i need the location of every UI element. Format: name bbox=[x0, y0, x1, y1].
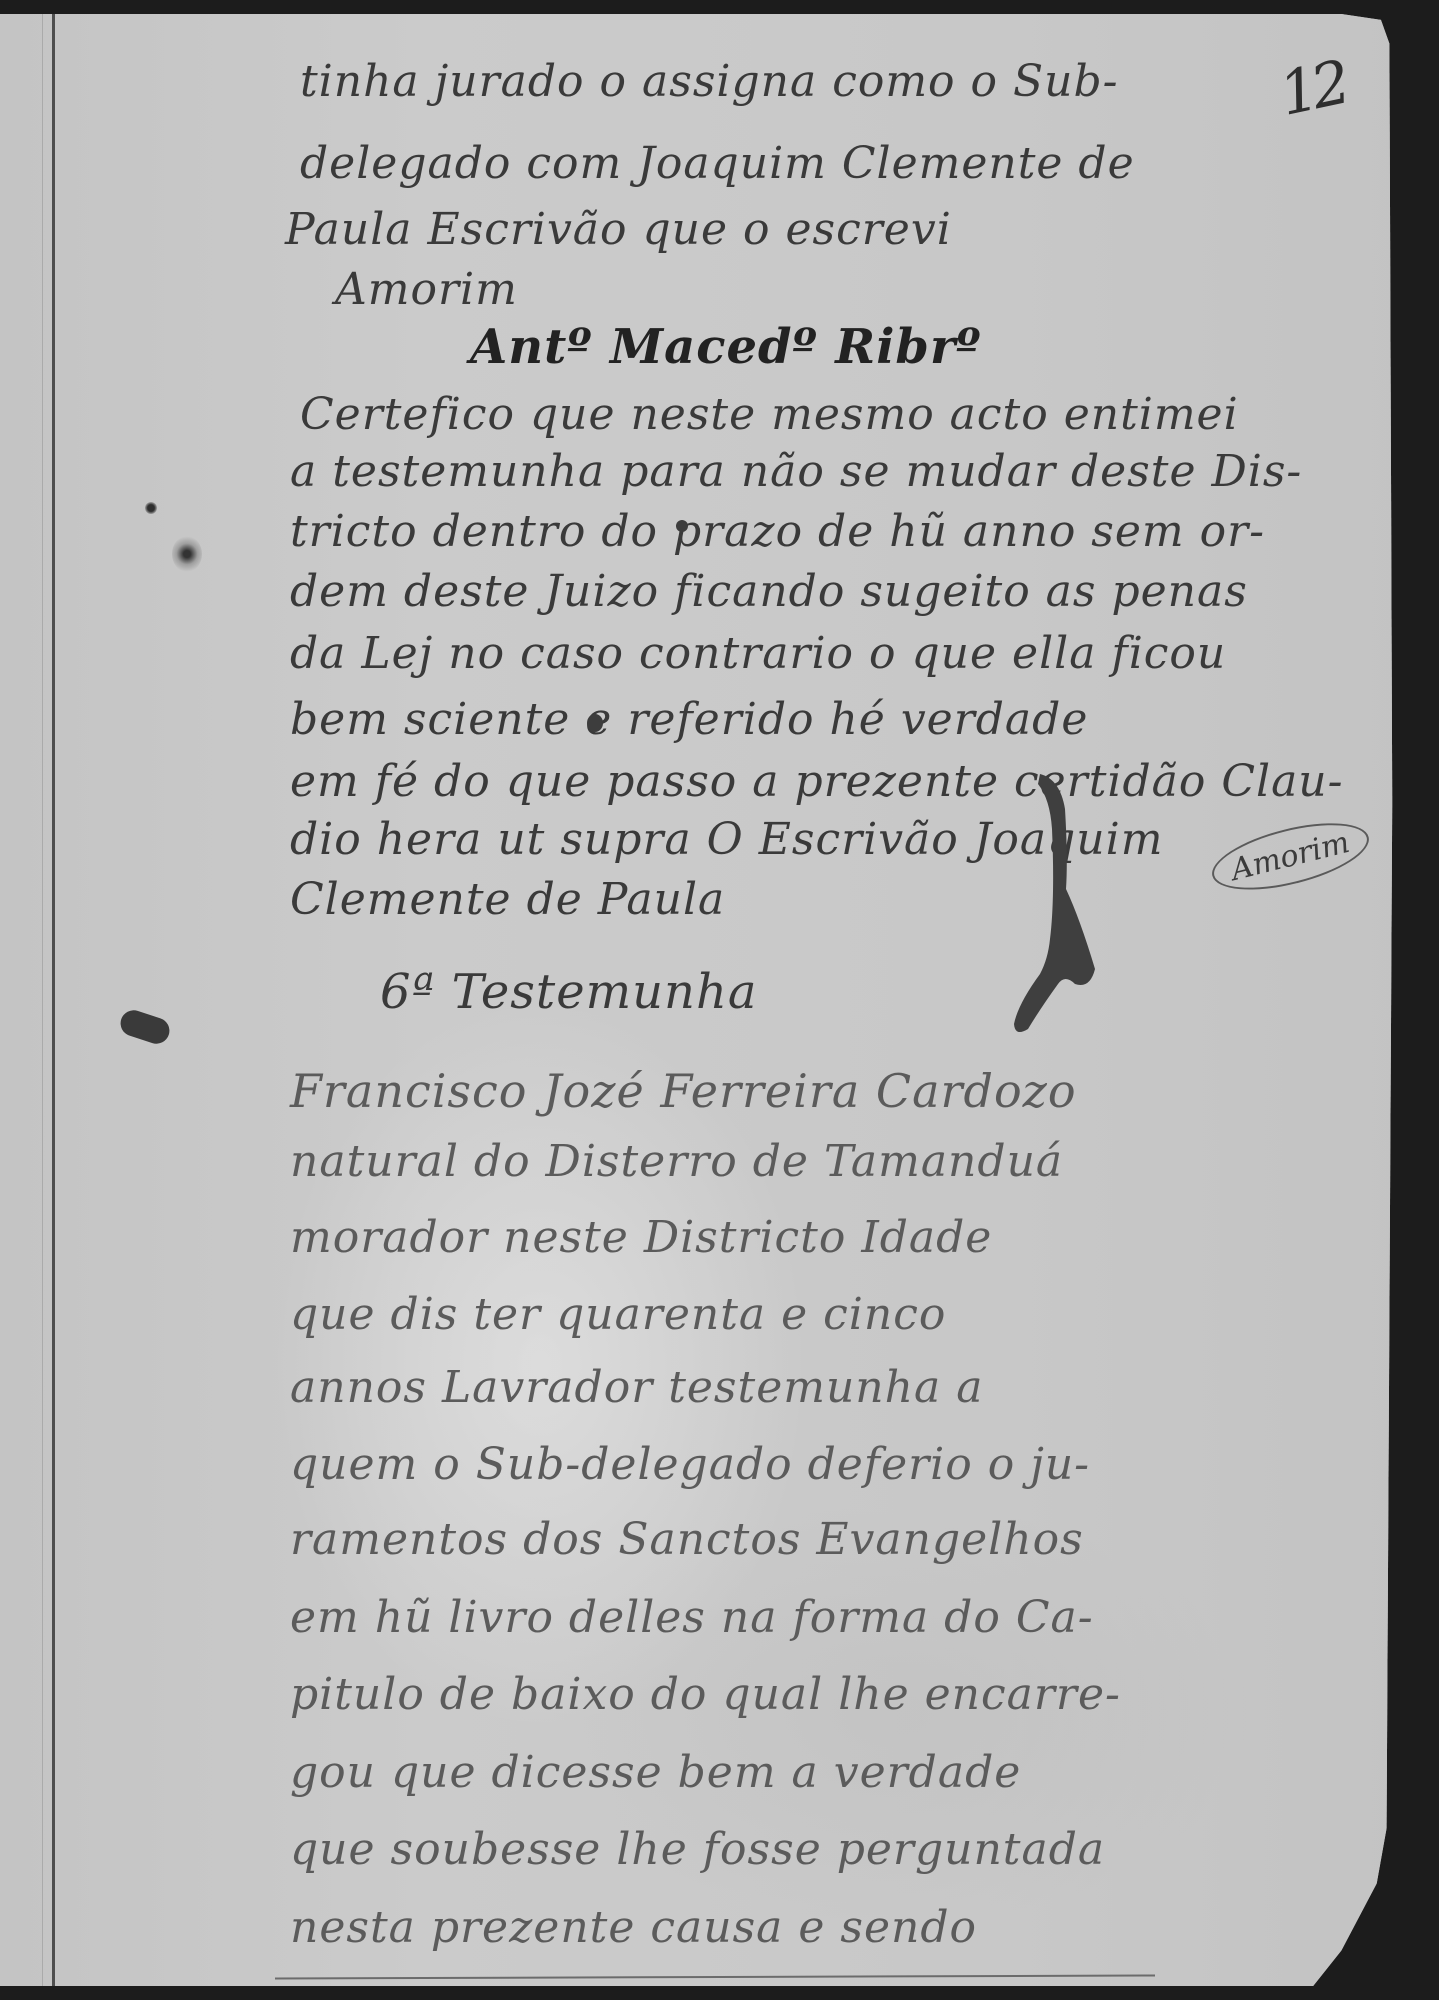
text-line: tricto dentro do prazo de hũ anno sem or… bbox=[290, 506, 1265, 557]
ink-spot bbox=[676, 520, 688, 532]
ink-drip-stain bbox=[1010, 769, 1100, 1039]
margin-annotation: Amorim bbox=[1206, 810, 1375, 902]
text-line: Paula Escrivão que o escrevi bbox=[285, 204, 952, 255]
ink-spot bbox=[172, 536, 202, 572]
signature-witness: Antº Macedº Ribrº bbox=[470, 319, 981, 375]
ink-spot bbox=[587, 714, 603, 732]
binding-fold-line bbox=[52, 14, 55, 1986]
text-line: nesta prezente causa e sendo bbox=[290, 1902, 977, 1953]
page-fold-shadow bbox=[42, 14, 43, 1986]
text-line: que dis ter quarenta e cinco bbox=[290, 1289, 946, 1340]
text-line: natural do Disterro de Tamanduá bbox=[290, 1136, 1063, 1187]
manuscript-page: 12 tinha jurado o assigna como o Sub- de… bbox=[0, 14, 1412, 1986]
text-line: a testemunha para não se mudar deste Dis… bbox=[290, 446, 1302, 497]
text-line: que soubesse lhe fosse perguntada bbox=[290, 1824, 1105, 1875]
witness-name: Francisco Jozé Ferreira Cardozo bbox=[290, 1064, 1077, 1118]
text-line: Clemente de Paula bbox=[290, 874, 725, 925]
text-line: ramentos dos Sanctos Evangelhos bbox=[290, 1514, 1084, 1565]
closing-rule bbox=[275, 1974, 1155, 1979]
text-line: quem o Sub-delegado deferio o ju- bbox=[290, 1439, 1090, 1490]
text-line: bem sciente e referido hé verdade bbox=[290, 694, 1088, 745]
ink-spot bbox=[145, 502, 157, 514]
ink-blot bbox=[117, 1007, 173, 1047]
text-line: tinha jurado o assigna como o Sub- bbox=[300, 56, 1119, 107]
text-line: gou que dicesse bem a verdade bbox=[290, 1747, 1021, 1798]
text-line: delegado com Joaquim Clemente de bbox=[300, 138, 1135, 189]
section-heading: 6ª Testemunha bbox=[380, 964, 758, 1020]
text-line: pitulo de baixo do qual lhe encarre- bbox=[290, 1669, 1121, 1720]
text-line: em fé do que passo a prezente certidão C… bbox=[290, 756, 1344, 807]
text-line: morador neste Districto Idade bbox=[290, 1212, 992, 1263]
folio-number: 12 bbox=[1273, 48, 1351, 130]
signature-amorim: Amorim bbox=[335, 264, 518, 315]
text-line: annos Lavrador testemunha a bbox=[290, 1362, 983, 1413]
text-line: em hũ livro delles na forma do Ca- bbox=[290, 1592, 1094, 1643]
text-line: da Lej no caso contrario o que ella fico… bbox=[290, 628, 1226, 679]
text-line: Certefico que neste mesmo acto entimei bbox=[300, 389, 1239, 440]
text-line: dem deste Juizo ficando sugeito as penas bbox=[290, 566, 1248, 617]
